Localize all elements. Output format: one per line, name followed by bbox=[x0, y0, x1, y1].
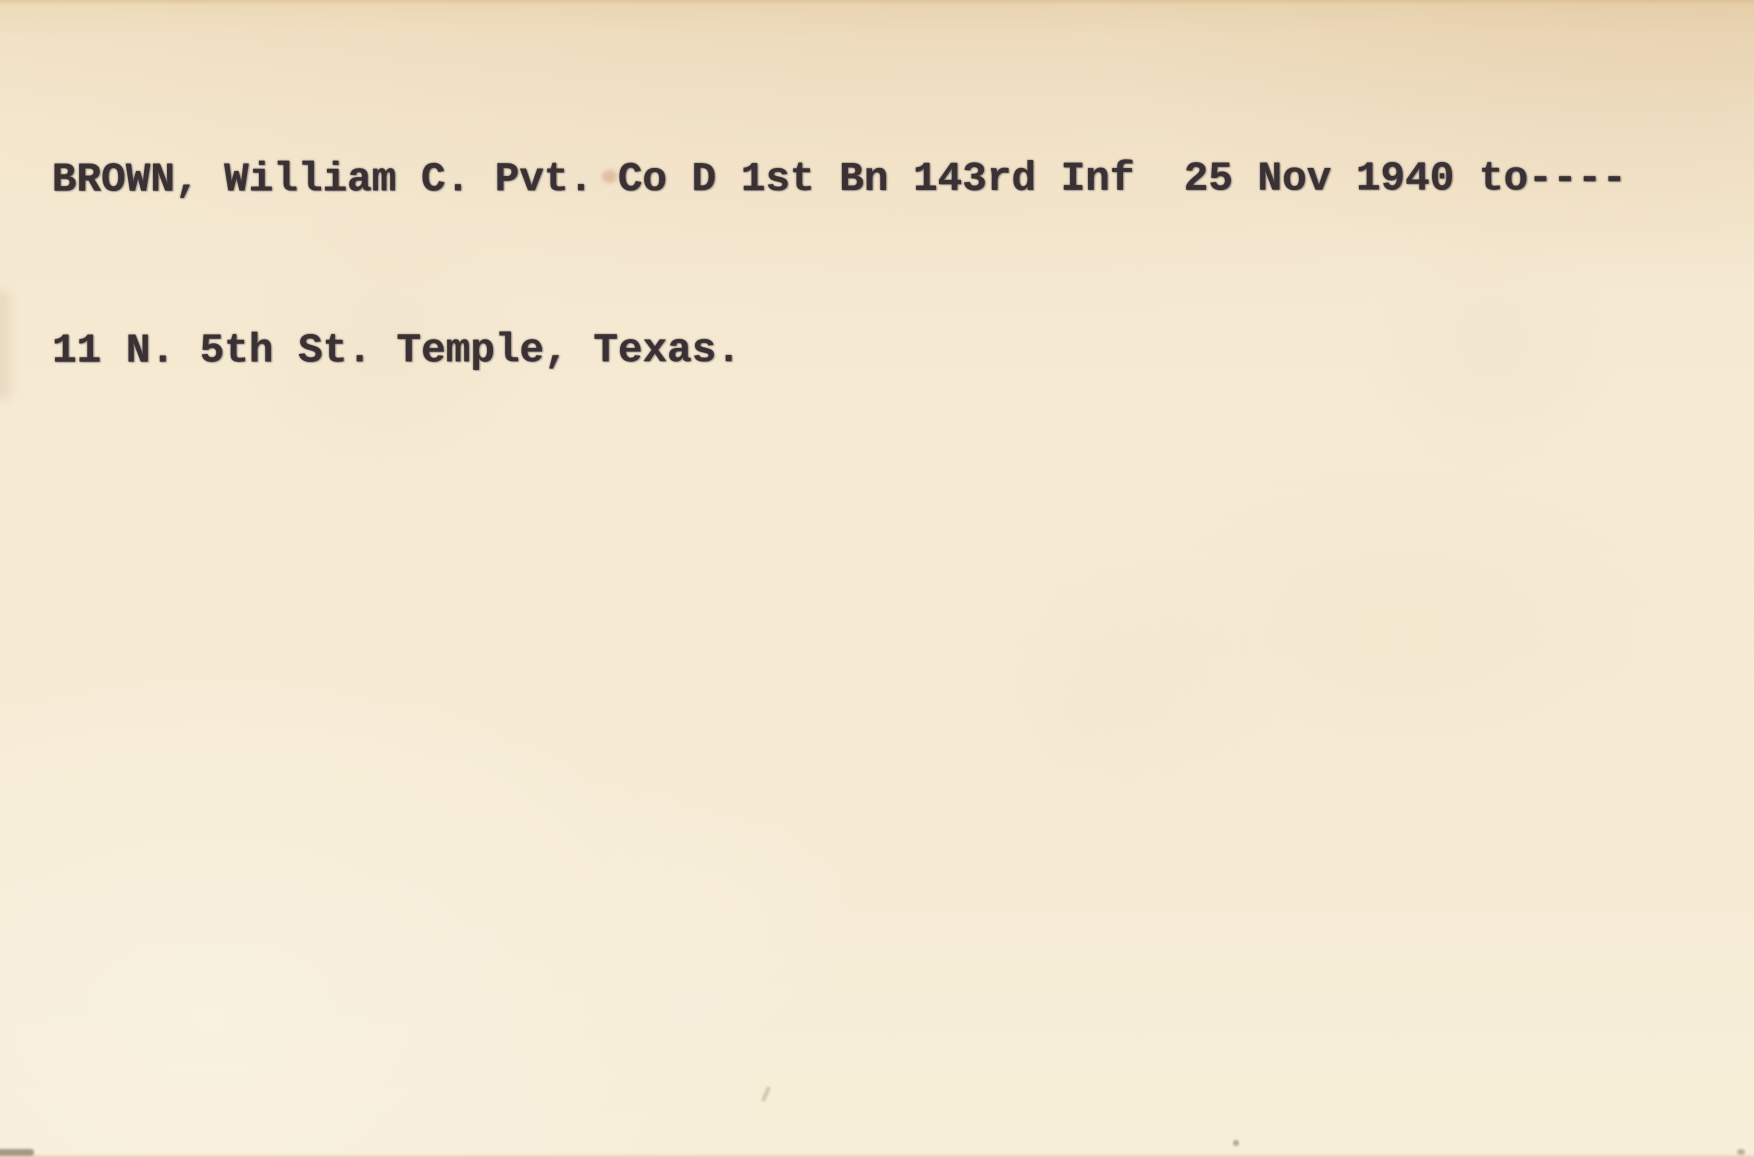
paper-fiber bbox=[761, 1086, 771, 1102]
typed-text-block: BROWN, William C. Pvt. Co D 1st Bn 143rd… bbox=[52, 37, 1627, 494]
paper-edge-mark bbox=[0, 1149, 34, 1156]
card-line-2: 11 N. 5th St. Temple, Texas. bbox=[52, 322, 1627, 380]
paper-smudge bbox=[0, 290, 10, 400]
card-line-1: BROWN, William C. Pvt. Co D 1st Bn 143rd… bbox=[52, 151, 1627, 209]
paper-speck bbox=[1233, 1140, 1239, 1146]
index-card: BROWN, William C. Pvt. Co D 1st Bn 143rd… bbox=[0, 0, 1754, 1157]
paper-speck bbox=[1737, 1149, 1745, 1155]
